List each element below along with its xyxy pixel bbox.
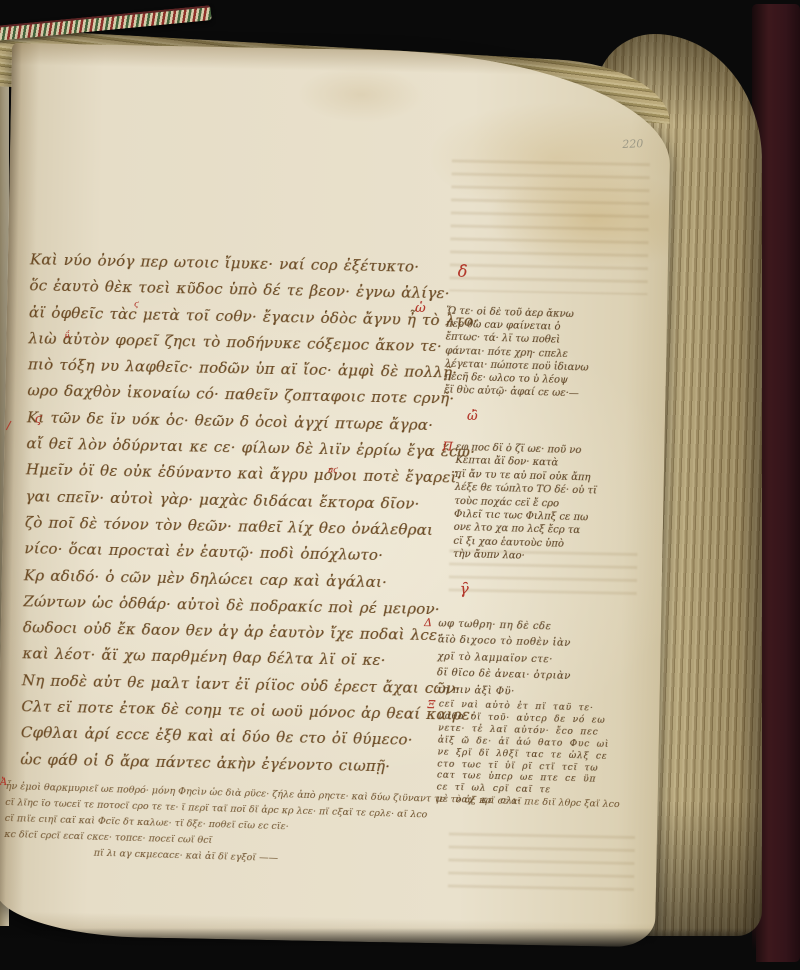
rubric-initial-delta: Δ	[424, 616, 432, 629]
show-through-text	[449, 159, 649, 295]
rubric-interlinear-gloss: πϛ	[328, 465, 338, 474]
scholia-block-b: εφ ποϲ δϊ ὁ ζϊ ωε· ποῦ νο Κεπται ἄϊ δον·…	[453, 441, 638, 566]
parchment-page: 220 Καὶ νύο ὀνόγ περ ωτοιϲ ἴμυκε· ναί ϲο…	[0, 43, 672, 948]
rubric-initial-pi: Π	[442, 439, 453, 453]
bottom-shadow	[0, 928, 756, 970]
rubric-margin-tick: ∕	[7, 419, 11, 432]
rubric-quire-mark: δ̑	[458, 262, 468, 281]
rubric-interlinear-gloss: ΰ	[64, 331, 69, 340]
scholia-block-a: Ὥ τε· οἱ δὲ τοῦ ἀερ ἄκνω περ θὼ ϲαν φαίν…	[444, 305, 617, 402]
rubric-gamma-mark: γ̑	[460, 580, 469, 598]
rubric-margin-letter: ϛ	[35, 411, 42, 425]
scholia-block-c: ωφ τωθρη· πη δὲ ϲδε ἀϊὸ διχοϲο τὸ ποθὲν …	[436, 616, 643, 704]
rubric-omega-mark: ὠ̑	[467, 409, 478, 424]
folio-number: 220	[622, 136, 663, 151]
rubric-interlinear-gloss: ϛ	[134, 299, 139, 308]
main-text-block: Καὶ νύο ὀνόγ περ ωτοιϲ ἴμυκε· ναί ϲορ ἐξ…	[20, 246, 460, 780]
manuscript-photo: 220 Καὶ νύο ὀνόγ περ ωτοιϲ ἴμυκε· ναί ϲο…	[0, 0, 800, 970]
rubric-initial-xi: Ξ	[427, 698, 435, 711]
rubric-line-end-mark: ὡ	[415, 301, 426, 316]
